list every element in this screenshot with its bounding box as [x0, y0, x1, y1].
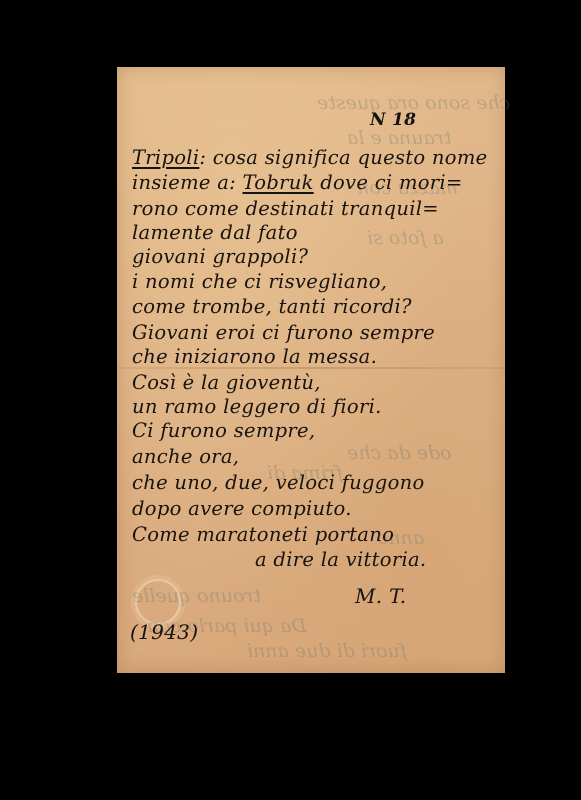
poem-line-16: Come maratoneti portano [132, 525, 394, 545]
poem-line-12: Ci furono sempre, [132, 421, 315, 441]
page-number: N 18 [370, 112, 416, 129]
place-name-tripoli: Tripoli [132, 146, 199, 169]
poem-line-15: dopo avere compiuto. [132, 499, 352, 519]
poem-line-2: insieme a: Tobruk dove ci mori= [132, 173, 463, 193]
poem-line-17: a dire la vittoria. [255, 550, 426, 570]
poem-line-5: giovani grappoli? [132, 247, 308, 267]
place-name-tobruk: Tobruk [243, 171, 314, 194]
bleed-through-text: a foto si [367, 227, 444, 249]
poem-line-14: che uno, due, veloci fuggono [132, 473, 425, 493]
poem-line-2-text: dove ci mori= [314, 171, 463, 194]
poem-line-8: Giovani eroi ci furono sempre [132, 323, 435, 343]
poem-line-4: lamente dal fato [132, 223, 298, 243]
bleed-through-text: fuori di due anni [247, 640, 407, 662]
poem-line-10: Così è la gioventù, [132, 373, 321, 393]
poem-line-3: rono come destinati tranquil= [132, 199, 439, 219]
poem-line-2-pre: insieme a: [132, 171, 243, 194]
poem-line-9: che iniziarono la messa. [132, 347, 377, 367]
bleed-through-text: trouno quelle [132, 585, 261, 607]
poem-line-11: un ramo leggero di fiori. [132, 397, 382, 417]
poem-line-1: Tripoli: cosa significa questo nome [132, 148, 487, 168]
poem-line-1-text: : cosa significa questo nome [199, 146, 487, 169]
poem-line-13: anche ora, [132, 447, 239, 467]
date: (1943) [130, 622, 198, 642]
poem-line-6: i nomi che ci risvegliano, [132, 272, 387, 292]
poem-line-7: come trombe, tanti ricordi? [132, 297, 412, 317]
bleed-through-text: ode da che [347, 442, 452, 464]
signature: M. T. [355, 586, 406, 606]
